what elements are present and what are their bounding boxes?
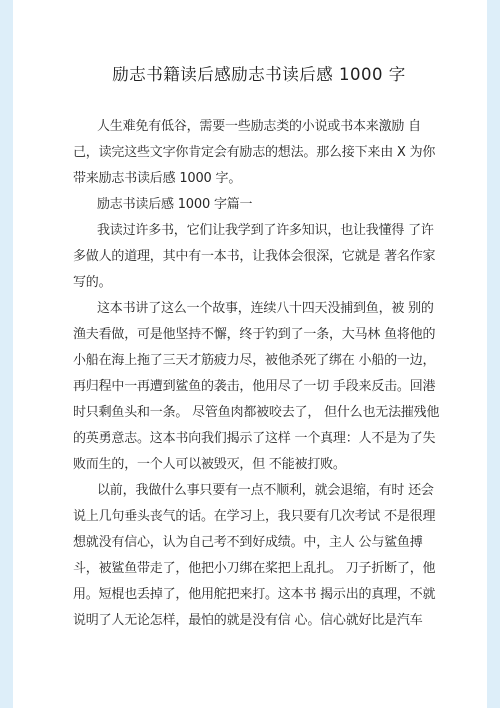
paragraph: 人生难免有低谷，需要一些励志类的小说或书本来激励 自己，读完这些文字你肯定会有励… [73, 114, 487, 192]
text-line: 以前，我做什么事只要有一点不顺利，就会退缩，有时 还会 [73, 478, 487, 504]
text-line: 己，读完这些文字你肯定会有励志的想法。那么接下来由 X 为你 [73, 140, 487, 166]
text-line: 时只剩鱼头和一条。 尽管鱼肉都被咬去了， 但什么也无法摧残他 [73, 400, 487, 426]
text-line: 多做人的道理，其中有一本书，让我体会很深，它就是 著名作家 [73, 244, 487, 270]
document-page: 励志书籍读后感励志书读后感 1000 字 人生难免有低谷，需要一些励志类的小说或… [13, 0, 487, 708]
document-body: 人生难免有低谷，需要一些励志类的小说或书本来激励 自己，读完这些文字你肯定会有励… [73, 114, 487, 634]
text-line: 说明了人无论怎样，最怕的就是没有信 心。信心就好比是汽车 [73, 608, 487, 634]
text-line: 想就没有信心，认为自己考不到好成绩。中，主人 公与鲨鱼搏 [73, 530, 487, 556]
paragraph: 这本书讲了这么一个故事，连续八十四天没捕到鱼，被 别的渔夫看做，可是他坚持不懈，… [73, 296, 487, 478]
text-line: 小船在海上拖了三天才筋疲力尽，被他杀死了绑在 小船的一边， [73, 348, 487, 374]
text-line: 斗，被鲨鱼带走了，他把小刀绑在桨把上乱扎。 刀子折断了，他 [73, 556, 487, 582]
document-title: 励志书籍读后感励志书读后感 1000 字 [73, 62, 445, 88]
text-line: 带来励志书读后感 1000 字。 [73, 166, 487, 192]
text-line: 再归程中一再遭到鲨鱼的袭击，他用尽了一切 手段来反击。回港 [73, 374, 487, 400]
text-line: 励志书读后感 1000 字篇一 [73, 192, 487, 218]
text-line: 我读过许多书，它们让我学到了许多知识，也让我懂得 了许 [73, 218, 487, 244]
text-line: 渔夫看做，可是他坚持不懈，终于钓到了一条，大马林 鱼将他的 [73, 322, 487, 348]
paragraph: 励志书读后感 1000 字篇一 [73, 192, 487, 218]
text-line: 败而生的，一个人可以被毁灭，但 不能被打败。 [73, 452, 487, 478]
text-line: 的英勇意志。这本书向我们揭示了这样 一个真理：人不是为了失 [73, 426, 487, 452]
paragraph: 我读过许多书，它们让我学到了许多知识，也让我懂得 了许多做人的道理，其中有一本书… [73, 218, 487, 296]
text-line: 说上几句垂头丧气的话。在学习上，我只要有几次考试 不是很理 [73, 504, 487, 530]
text-line: 用。短棍也丢掉了，他用舵把来打。这本书 揭示出的真理，不就 [73, 582, 487, 608]
paragraph: 以前，我做什么事只要有一点不顺利，就会退缩，有时 还会说上几句垂头丧气的话。在学… [73, 478, 487, 634]
text-line: 人生难免有低谷，需要一些励志类的小说或书本来激励 自 [73, 114, 487, 140]
text-line: 这本书讲了这么一个故事，连续八十四天没捕到鱼，被 别的 [73, 296, 487, 322]
text-line: 写的。 [73, 270, 487, 296]
